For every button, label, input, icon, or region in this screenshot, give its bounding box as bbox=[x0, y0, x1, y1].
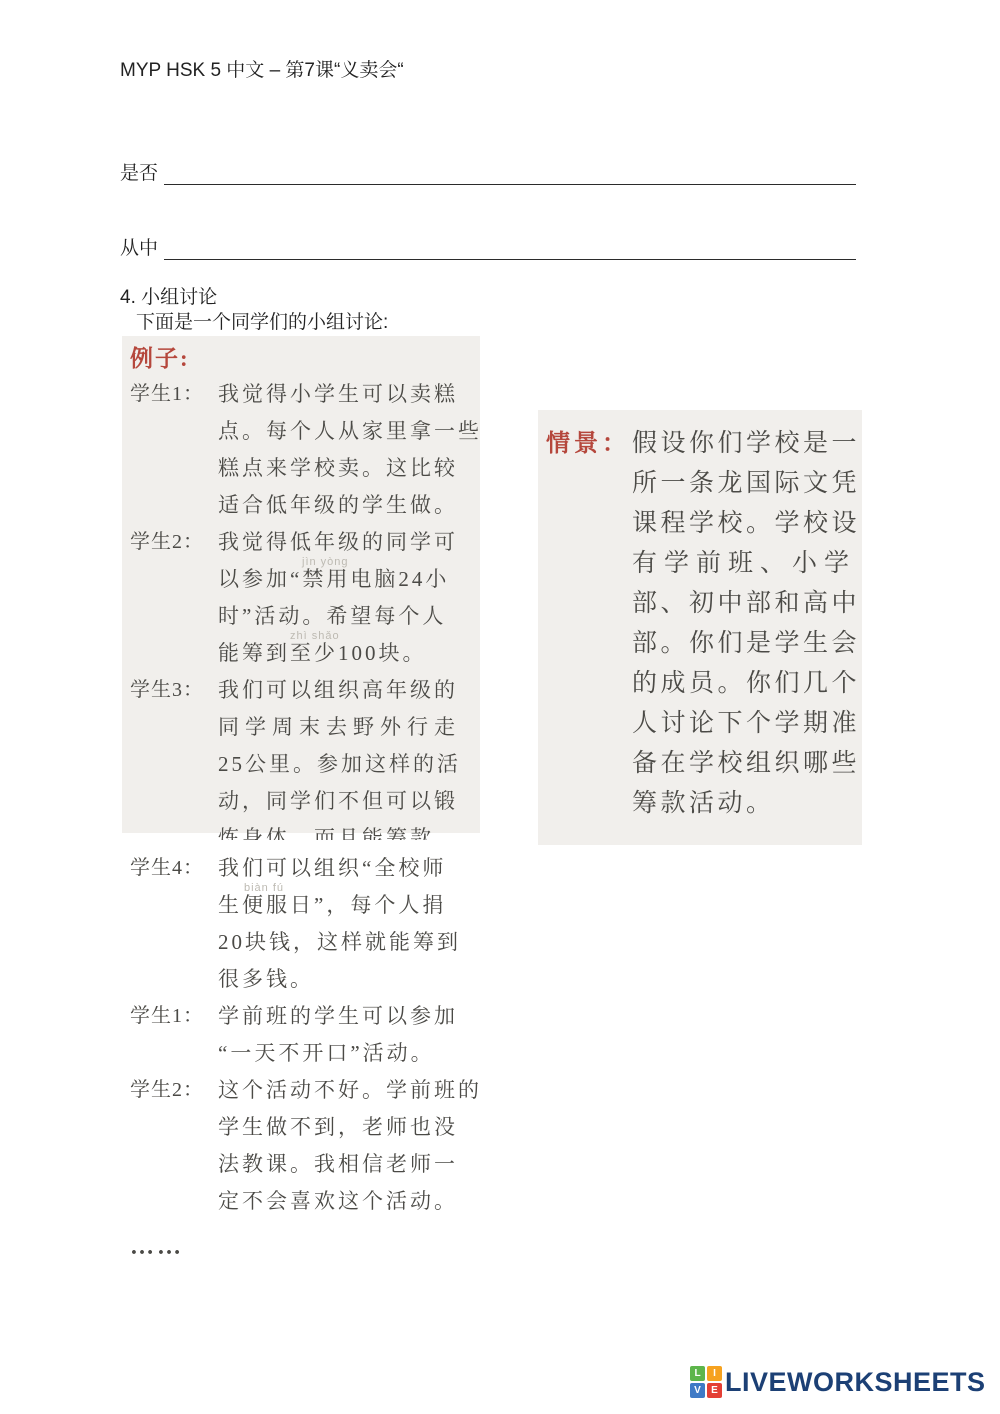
blank-label: 是否 bbox=[120, 158, 164, 185]
dialogue-line: 很多钱。 bbox=[218, 961, 514, 998]
scenario-text: 假设你们学校是一 所一条龙国际文凭 课程学校。学校设 有学前班、小学 部、初中部… bbox=[632, 424, 862, 824]
scenario-line: 课程学校。学校设 bbox=[632, 504, 862, 544]
logo-square-v: V bbox=[690, 1383, 705, 1398]
liveworksheets-logo: L I V E LIVEWORKSHEETS bbox=[690, 1366, 986, 1398]
blank-label: 从中 bbox=[120, 233, 164, 260]
dialogue-scan-block-2: 学生4： 我们可以组织“全校师 biàn fú生便服日”，每个人捐 20块钱，这… bbox=[122, 840, 514, 1268]
scenario-line: 部、初中部和高中 bbox=[632, 584, 862, 624]
pinyin-annotation: zhì shǎo bbox=[290, 631, 340, 642]
speaker-label: 学生2： bbox=[130, 524, 218, 672]
scenario-box: 情景： 假设你们学校是一 所一条龙国际文凭 课程学校。学校设 有学前班、小学 部… bbox=[538, 410, 862, 845]
speaker-label: 学生1： bbox=[130, 376, 218, 524]
scenario-line: 的成员。你们几个 bbox=[632, 664, 862, 704]
pinyin-annotation: biàn fú bbox=[244, 883, 284, 894]
dialogue-line: 定不会喜欢这个活动。 bbox=[218, 1183, 514, 1220]
dialogue-line: 我觉得低年级的同学可 bbox=[218, 524, 480, 561]
section-title: 4. 小组讨论 bbox=[120, 282, 217, 309]
scenario-line: 筹款活动。 bbox=[632, 784, 862, 824]
dialogue-scan-block-1: 例子: 学生1： 我觉得小学生可以卖糕 点。每个人从家里拿一些 糕点来学校卖。这… bbox=[122, 336, 480, 833]
dialogue-line-text: 能筹到至少100块。 bbox=[218, 641, 427, 665]
logo-square-l: L bbox=[690, 1366, 705, 1381]
dialogue-line: 这个活动不好。学前班的 bbox=[218, 1072, 514, 1109]
speaker-label: 学生4： bbox=[130, 850, 218, 998]
scenario-line: 有学前班、小学 bbox=[632, 544, 862, 584]
dialogue-entry: 学生3： 我们可以组织高年级的 同学周末去野外行走 25公里。参加这样的活 动，… bbox=[130, 672, 480, 857]
logo-wordmark: LIVEWORKSHEETS bbox=[725, 1367, 986, 1398]
speaker-label: 学生3： bbox=[130, 672, 218, 857]
speaker-label: 学生1： bbox=[130, 998, 218, 1072]
dialogue-text: 我们可以组织高年级的 同学周末去野外行走 25公里。参加这样的活 动，同学们不但… bbox=[218, 672, 480, 857]
logo-square-e: E bbox=[707, 1383, 722, 1398]
scenario-line: 部。你们是学生会 bbox=[632, 624, 862, 664]
scenario-line: 所一条龙国际文凭 bbox=[632, 464, 862, 504]
liveworksheets-logo-icon: L I V E bbox=[690, 1366, 722, 1398]
scenario-line: 备在学校组织哪些 bbox=[632, 744, 862, 784]
dialogue-line: 学前班的学生可以参加 bbox=[218, 998, 514, 1035]
dialogue-text: 这个活动不好。学前班的 学生做不到，老师也没 法教课。我相信老师一 定不会喜欢这… bbox=[218, 1072, 514, 1220]
dialogue-line: 点。每个人从家里拿一些 bbox=[218, 413, 482, 450]
dialogue-line: biàn fú生便服日”，每个人捐 bbox=[218, 887, 514, 924]
dialogue-line: 我觉得小学生可以卖糕 bbox=[218, 376, 482, 413]
blank-row-congzhong: 从中 bbox=[120, 233, 856, 260]
blank-row-shifou: 是否 bbox=[120, 158, 856, 185]
dialogue-line-text: 以参加“禁用电脑24小 bbox=[218, 567, 449, 591]
example-label: 例子: bbox=[130, 344, 480, 376]
dialogue-line: 我们可以组织高年级的 bbox=[218, 672, 480, 709]
dialogue-line: 适合低年级的学生做。 bbox=[218, 487, 482, 524]
dialogue-line: 糕点来学校卖。这比较 bbox=[218, 450, 482, 487]
dialogue-entry: 学生1： 我觉得小学生可以卖糕 点。每个人从家里拿一些 糕点来学校卖。这比较 适… bbox=[130, 376, 480, 524]
dialogue-text: 我觉得小学生可以卖糕 点。每个人从家里拿一些 糕点来学校卖。这比较 适合低年级的… bbox=[218, 376, 482, 524]
dialogue-line: zhì shǎo能筹到至少100块。 bbox=[218, 635, 480, 672]
scenario-line: 人讨论下个学期准 bbox=[632, 704, 862, 744]
dialogue-text: 我觉得低年级的同学可 jìn yòng以参加“禁用电脑24小 时”活动。希望每个… bbox=[218, 524, 480, 672]
dialogue-line: jìn yòng以参加“禁用电脑24小 bbox=[218, 561, 480, 598]
dialogue-line-text: 生便服日”，每个人捐 bbox=[218, 893, 446, 917]
section-subtitle: 下面是一个同学们的小组讨论: bbox=[136, 307, 388, 334]
answer-line[interactable] bbox=[164, 238, 856, 260]
dialogue-line: “一天不开口”活动。 bbox=[218, 1035, 514, 1072]
dialogue-line: 同学周末去野外行走 bbox=[218, 709, 480, 746]
ellipsis: …… bbox=[130, 1234, 514, 1261]
dialogue-entry: 学生1： 学前班的学生可以参加 “一天不开口”活动。 bbox=[130, 998, 514, 1072]
logo-square-i: I bbox=[707, 1366, 722, 1381]
dialogue-line: 学生做不到，老师也没 bbox=[218, 1109, 514, 1146]
dialogue-line: 25公里。参加这样的活 bbox=[218, 746, 480, 783]
dialogue-text: 学前班的学生可以参加 “一天不开口”活动。 bbox=[218, 998, 514, 1072]
answer-line[interactable] bbox=[164, 163, 856, 185]
dialogue-text: 我们可以组织“全校师 biàn fú生便服日”，每个人捐 20块钱，这样就能筹到… bbox=[218, 850, 514, 998]
pinyin-annotation: jìn yòng bbox=[302, 557, 349, 568]
dialogue-line: 时”活动。希望每个人 bbox=[218, 598, 480, 635]
scenario-label: 情景： bbox=[546, 424, 632, 824]
dialogue-entry: 学生2： 这个活动不好。学前班的 学生做不到，老师也没 法教课。我相信老师一 定… bbox=[130, 1072, 514, 1220]
page-title: MYP HSK 5 中文 – 第7课“义卖会“ bbox=[120, 55, 404, 82]
dialogue-line: 法教课。我相信老师一 bbox=[218, 1146, 514, 1183]
scenario-line: 假设你们学校是一 bbox=[632, 424, 862, 464]
dialogue-line: 动，同学们不但可以锻 bbox=[218, 783, 480, 820]
dialogue-entry: 学生4： 我们可以组织“全校师 biàn fú生便服日”，每个人捐 20块钱，这… bbox=[130, 850, 514, 998]
dialogue-entry: 学生2： 我觉得低年级的同学可 jìn yòng以参加“禁用电脑24小 时”活动… bbox=[130, 524, 480, 672]
dialogue-line: 20块钱，这样就能筹到 bbox=[218, 924, 514, 961]
speaker-label: 学生2： bbox=[130, 1072, 218, 1220]
